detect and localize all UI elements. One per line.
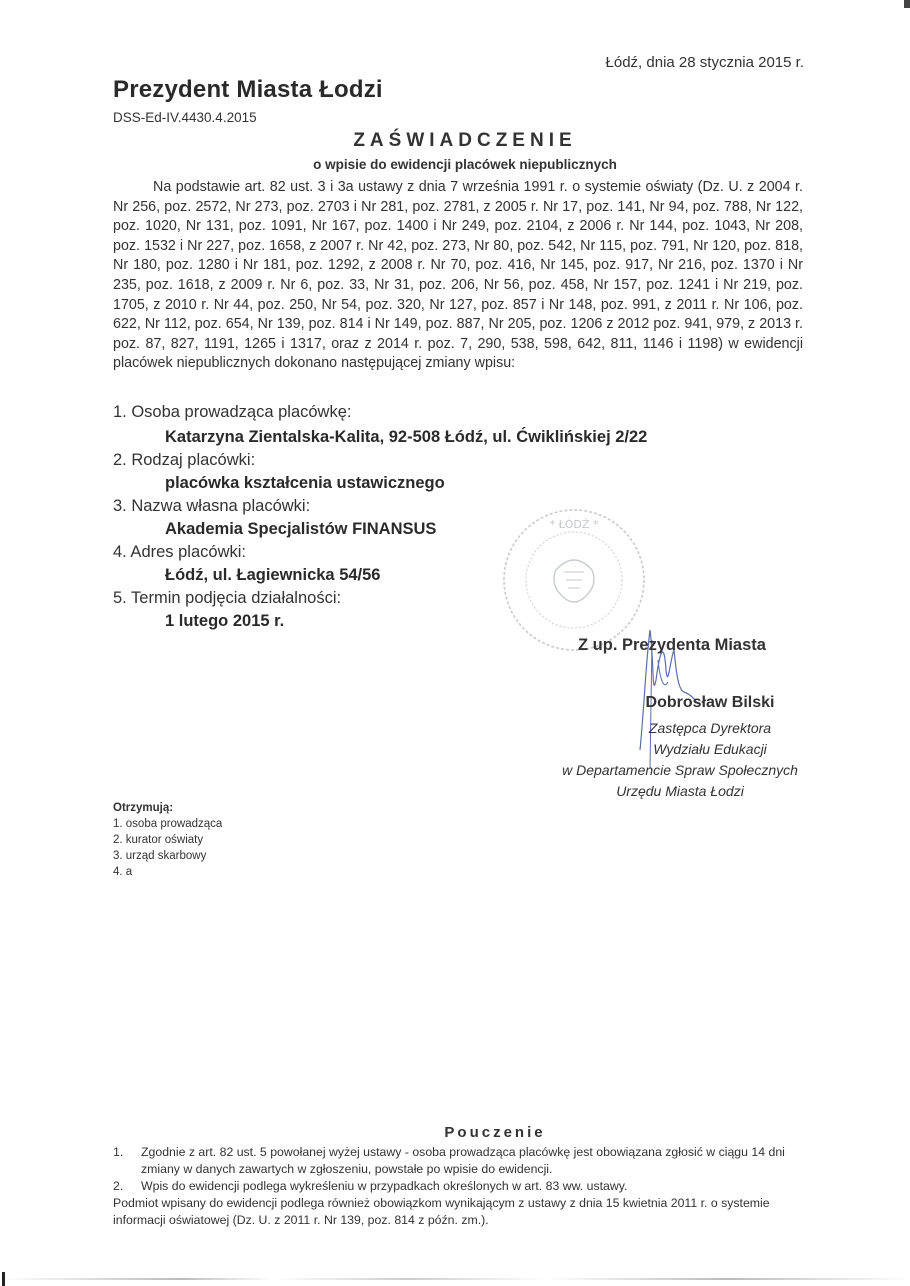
place-date: Łódź, dnia 28 stycznia 2015 r. <box>0 54 804 71</box>
instruction-point: 2.Wpis do ewidencji podlega wykreśleniu … <box>113 1178 813 1195</box>
item-label-start-date: 5. Termin podjęcia działalności: <box>113 589 341 608</box>
instruction-text: Zgodnie z art. 82 ust. 5 powołanej wyżej… <box>141 1144 809 1178</box>
recipient-item: 3. urząd skarbowy <box>113 848 222 864</box>
reference-number: DSS-Ed-IV.4430.4.2015 <box>113 110 257 125</box>
recipient-item: 1. osoba prowadząca <box>113 816 222 832</box>
signatory-role-line: w Departamencie Spraw Społecznych <box>540 762 820 778</box>
instructions-title: Pouczenie <box>0 1124 910 1141</box>
instruction-point: 1.Zgodnie z art. 82 ust. 5 powołanej wyż… <box>113 1144 813 1178</box>
svg-text:* ŁÓDŹ *: * ŁÓDŹ * <box>550 518 599 531</box>
signatory-name: Dobrosław Bilski <box>540 694 820 712</box>
issuer-heading: Prezydent Miasta Łodzi <box>113 76 383 104</box>
item-value-operator: Katarzyna Zientalska-Kalita, 92-508 Łódź… <box>165 428 647 447</box>
scan-bottom-edge <box>0 1278 910 1280</box>
item-value-address: Łódź, ul. Łagiewnicka 54/56 <box>165 566 380 585</box>
recipient-item: 2. kurator oświaty <box>113 832 222 848</box>
document-subtitle: o wpisie do ewidencji placówek niepublic… <box>0 157 910 172</box>
item-value-type: placówka kształcenia ustawicznego <box>165 474 445 493</box>
item-label-operator: 1. Osoba prowadząca placówkę: <box>113 403 351 422</box>
item-label-type: 2. Rodzaj placówki: <box>113 451 255 470</box>
instruction-number: 1. <box>113 1144 141 1161</box>
scan-corner-mark <box>904 0 910 8</box>
recipients-heading: Otrzymują: <box>113 800 222 816</box>
item-value-name: Akademia Specjalistów FINANSUS <box>165 520 436 539</box>
scan-edge-mark <box>2 1272 5 1286</box>
recipient-item: 4. a <box>113 864 222 880</box>
item-label-name: 3. Nazwa własna placówki: <box>113 497 310 516</box>
instruction-text: Wpis do ewidencji podlega wykreśleniu w … <box>141 1178 809 1195</box>
instructions-body: 1.Zgodnie z art. 82 ust. 5 powołanej wyż… <box>113 1144 813 1229</box>
document-title: ZAŚWIADCZENIE <box>0 130 910 152</box>
instruction-number: 2. <box>113 1178 141 1195</box>
instruction-note: Podmiot wpisany do ewidencji podlega rów… <box>113 1195 813 1229</box>
item-label-address: 4. Adres placówki: <box>113 543 246 562</box>
recipients-list: Otrzymują: 1. osoba prowadząca 2. kurato… <box>113 800 222 880</box>
signatory-role-line: Urzędu Miasta Łodzi <box>540 783 820 799</box>
authorization-line: Z up. Prezydenta Miasta <box>540 636 820 655</box>
item-value-start-date: 1 lutego 2015 r. <box>165 612 284 631</box>
legal-basis-paragraph: Na podstawie art. 82 ust. 3 i 3a ustawy … <box>113 178 803 374</box>
signatory-role-line: Zastępca Dyrektora <box>540 720 820 736</box>
signatory-role-line: Wydziału Edukacji <box>540 741 820 757</box>
